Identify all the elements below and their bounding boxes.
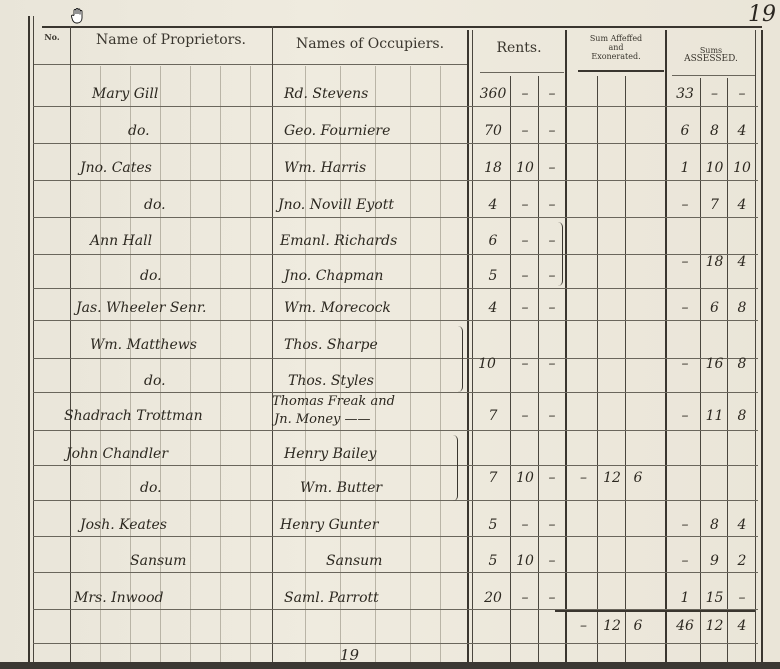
- rent-pence: –: [540, 160, 564, 176]
- assessed-pounds: –: [670, 517, 700, 533]
- assessed-pence: 4: [729, 123, 755, 139]
- header-line: Sum Affeffed: [567, 34, 665, 43]
- total-assessed-shillings: 12: [702, 618, 727, 634]
- header-rents: Rents.: [474, 40, 564, 56]
- occupier-name: Thos. Sharpe: [284, 337, 378, 353]
- assessed-shillings: 6: [702, 300, 727, 316]
- rent-shillings: 10: [512, 160, 538, 176]
- occupier-name: Wm. Butter: [300, 480, 382, 496]
- header-divider: [33, 64, 468, 65]
- occupier-name-line-1: Thomas Freak and: [272, 394, 395, 409]
- assessed-shillings: 7: [702, 197, 727, 213]
- rent-pence: –: [540, 408, 564, 424]
- rent-pence: –: [540, 590, 564, 606]
- assessed-subcol-1: [700, 78, 701, 662]
- right-border-inner: [755, 30, 756, 662]
- assessed-pounds: –: [670, 300, 700, 316]
- assessed-pounds: –: [670, 197, 700, 213]
- assessed-pounds: 6: [670, 123, 700, 139]
- occupier-name: Geo. Fourniere: [284, 123, 390, 139]
- exonerated-pounds: –: [570, 470, 597, 486]
- occupier-name: Thos. Styles: [288, 373, 374, 389]
- rent-pounds: 5: [476, 517, 510, 533]
- rent-pounds: 4: [476, 300, 510, 316]
- row-rule: [33, 254, 758, 255]
- assessed-pounds: –: [670, 356, 700, 372]
- no-column-divider: [70, 26, 71, 662]
- occupier-name: Rd. Stevens: [284, 86, 368, 102]
- proprietor-name: Mary Gill: [92, 86, 158, 102]
- exonerated-subcol-1: [597, 76, 598, 662]
- rent-shillings: 10: [512, 470, 538, 486]
- assessed-pounds: 1: [670, 590, 700, 606]
- occupier-column-divider: [467, 30, 469, 662]
- row-rule: [33, 465, 758, 466]
- proprietor-name: John Chandler: [66, 446, 168, 462]
- proprietor-name: do.: [144, 373, 166, 389]
- header-sum-assessed-exonerated: Sum Affeffed and Exonerated.: [567, 34, 665, 61]
- rent-pounds: 5: [476, 268, 510, 284]
- rent-pounds: 10: [470, 356, 504, 372]
- rent-pounds: 20: [476, 590, 510, 606]
- rent-pounds: 7: [476, 470, 510, 486]
- rent-shillings: –: [512, 300, 538, 316]
- left-border-inner: [33, 16, 34, 662]
- header-sums-assessed: Sums ASSESSED.: [667, 46, 755, 64]
- total-assessed-pence: 4: [729, 618, 755, 634]
- rent-pence: –: [540, 86, 564, 102]
- right-border-outer: [761, 30, 763, 662]
- rents-subcol-1: [510, 76, 511, 662]
- page-edge-shadow: [0, 662, 780, 669]
- exonerated-shillings: 12: [599, 470, 625, 486]
- rent-shillings: –: [512, 408, 538, 424]
- row-rule: [33, 392, 758, 393]
- assessed-shillings: 15: [702, 590, 727, 606]
- rent-pence: –: [540, 553, 564, 569]
- proprietor-name: Wm. Matthews: [90, 337, 197, 353]
- header-line: ASSESSED.: [667, 55, 755, 64]
- assessed-shillings: 11: [702, 408, 727, 424]
- rent-pence: –: [540, 233, 564, 249]
- header-occupiers: Names of Occupiers.: [274, 36, 466, 52]
- rent-pence: –: [540, 470, 564, 486]
- occupier-name: Saml. Parrott: [284, 590, 379, 606]
- row-rule: [33, 180, 758, 181]
- rent-shillings: –: [512, 517, 538, 533]
- occupier-name: Wm. Harris: [284, 160, 366, 176]
- assessed-pence: –: [729, 590, 755, 606]
- assessed-pounds: –: [670, 553, 700, 569]
- assessed-pounds: –: [670, 254, 700, 270]
- proprietor-name: Jno. Cates: [80, 160, 152, 176]
- assessed-pounds: 1: [670, 160, 700, 176]
- page-number: 19: [748, 2, 776, 27]
- rent-pounds: 360: [476, 86, 510, 102]
- proprietor-name: do.: [140, 268, 162, 284]
- row-rule: [33, 430, 758, 431]
- occupier-column-divider-2: [472, 30, 473, 662]
- header-line: Exonerated.: [567, 52, 665, 61]
- row-rule: [33, 643, 758, 644]
- row-rule: [33, 288, 758, 289]
- proprietor-name: Sansum: [130, 553, 186, 569]
- occupier-name: Jno. Novill Eyott: [278, 197, 394, 213]
- assessed-pence: 4: [729, 517, 755, 533]
- hand-cursor-icon: [70, 8, 84, 24]
- rent-pounds: 18: [476, 160, 510, 176]
- rent-pounds: 5: [476, 553, 510, 569]
- ledger-page: 19: [0, 0, 780, 669]
- total-exonerated-pounds: –: [570, 618, 597, 634]
- bracket: [458, 326, 463, 392]
- rent-shillings: –: [512, 356, 538, 372]
- exonerated-column-divider: [665, 30, 667, 662]
- assessed-pence: 8: [729, 300, 755, 316]
- rent-pounds: 70: [476, 123, 510, 139]
- rent-shillings: –: [512, 233, 538, 249]
- rent-pounds: 6: [476, 233, 510, 249]
- occupier-name: Jno. Chapman: [284, 268, 383, 284]
- proprietor-name: Mrs. Inwood: [74, 590, 163, 606]
- row-rule: [33, 358, 758, 359]
- table-top-border: [42, 26, 762, 28]
- occupier-name-line-2: Jn. Money ——: [274, 412, 371, 427]
- proprietor-name: do.: [140, 480, 162, 496]
- row-rule: [33, 536, 758, 537]
- assessed-shillings: 8: [702, 517, 727, 533]
- rent-shillings: –: [512, 268, 538, 284]
- assessed-pence: –: [729, 86, 755, 102]
- assessed-shillings: –: [702, 86, 727, 102]
- rents-column-divider: [565, 30, 567, 662]
- assessed-shillings: 8: [702, 123, 727, 139]
- exonerated-header-divider: [578, 70, 664, 72]
- assessed-shillings: 16: [702, 356, 727, 372]
- rent-pounds: 4: [476, 197, 510, 213]
- occupier-name: Henry Gunter: [280, 517, 378, 533]
- total-exonerated-shillings: 12: [599, 618, 625, 634]
- rent-pence: –: [540, 268, 564, 284]
- total-assessed-pounds: 46: [670, 618, 700, 634]
- rent-shillings: –: [512, 123, 538, 139]
- occupier-name: Emanl. Richards: [280, 233, 397, 249]
- occupier-name: Sansum: [326, 553, 382, 569]
- rent-pence: –: [540, 356, 564, 372]
- proprietor-name: Ann Hall: [90, 233, 152, 249]
- proprietor-name: Josh. Keates: [80, 517, 167, 533]
- proprietor-name: do.: [128, 123, 150, 139]
- rent-shillings: –: [512, 197, 538, 213]
- assessed-subcol-2: [727, 78, 728, 662]
- row-rule: [33, 217, 758, 218]
- assessed-pence: 4: [729, 197, 755, 213]
- row-rule: [33, 320, 758, 321]
- assessed-header-divider: [672, 75, 756, 76]
- rent-pence: –: [540, 197, 564, 213]
- proprietor-column-divider: [272, 26, 273, 662]
- assessed-pounds: –: [670, 408, 700, 424]
- assessed-shillings: 18: [702, 254, 727, 270]
- rent-shillings: –: [512, 86, 538, 102]
- occupier-name: Wm. Morecock: [284, 300, 391, 316]
- bracket: [453, 435, 458, 501]
- assessed-pence: 10: [729, 160, 755, 176]
- total-exonerated-pence: 6: [627, 618, 649, 634]
- exonerated-subcol-2: [625, 76, 626, 662]
- left-border-outer: [28, 16, 30, 662]
- header-line: and: [567, 43, 665, 52]
- assessed-pence: 8: [729, 356, 755, 372]
- rent-pence: –: [540, 517, 564, 533]
- assessed-pounds: 33: [670, 86, 700, 102]
- row-rule: [33, 500, 758, 501]
- assessed-shillings: 10: [702, 160, 727, 176]
- proprietor-name: Jas. Wheeler Senr.: [76, 300, 206, 316]
- rents-subcol-2: [538, 76, 539, 662]
- assessed-pence: 2: [729, 553, 755, 569]
- proprietor-name: Shadrach Trottman: [64, 408, 203, 424]
- total-rule: [555, 610, 755, 612]
- row-rule: [33, 143, 758, 144]
- rent-shillings: –: [512, 590, 538, 606]
- rents-header-divider: [480, 72, 564, 73]
- rent-pounds: 7: [476, 408, 510, 424]
- rent-pence: –: [540, 300, 564, 316]
- header-no: No.: [36, 32, 68, 42]
- proprietor-name: do.: [144, 197, 166, 213]
- header-proprietors: Name of Proprietors.: [72, 32, 270, 48]
- assessed-pence: 4: [729, 254, 755, 270]
- row-rule: [33, 106, 758, 107]
- occupier-name: Henry Bailey: [284, 446, 376, 462]
- rent-shillings: 10: [512, 553, 538, 569]
- row-rule: [33, 572, 758, 573]
- exonerated-pence: 6: [627, 470, 649, 486]
- assessed-shillings: 9: [702, 553, 727, 569]
- rent-pence: –: [540, 123, 564, 139]
- assessed-pence: 8: [729, 408, 755, 424]
